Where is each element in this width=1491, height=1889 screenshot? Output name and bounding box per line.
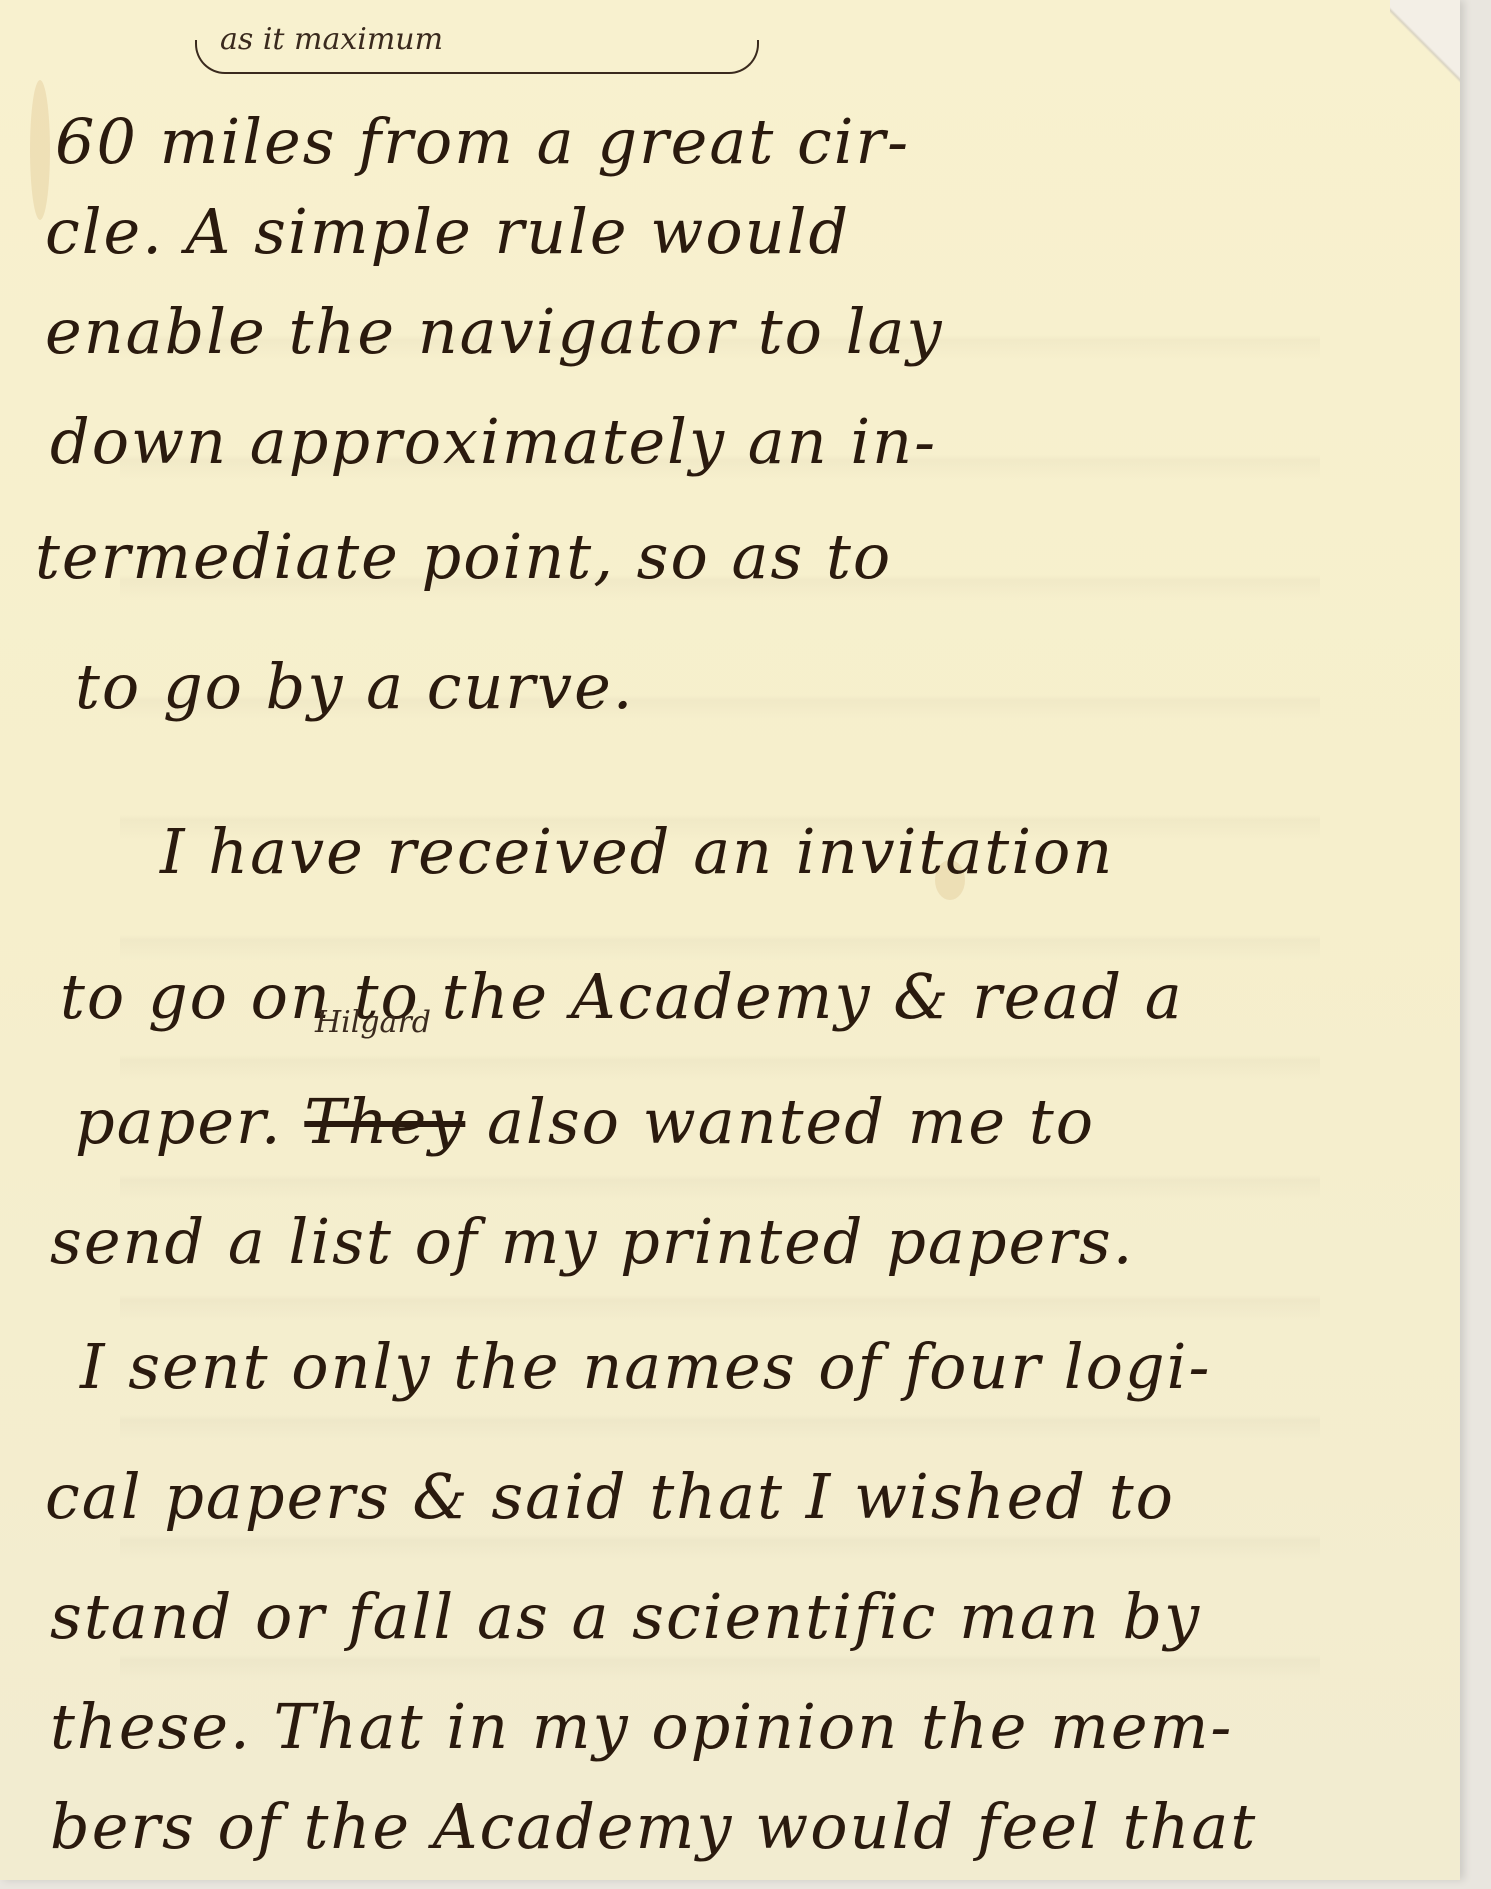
letter-line-6: to go by a curve. <box>75 650 635 723</box>
letter-line-11: I sent only the names of four logi- <box>80 1330 1211 1403</box>
letter-line-1: 60 miles from a great cir- <box>55 105 910 178</box>
letter-line-7: I have received an invitation <box>160 815 1114 888</box>
letter-line-2: cle. A simple rule would <box>45 195 850 268</box>
marginal-insertion: as it maximum <box>220 22 443 57</box>
letter-line-3: enable the navigator to lay <box>45 295 944 368</box>
letter-line-4: down approximately an in- <box>50 405 937 478</box>
letter-line-13: stand or fall as a scientific man by <box>50 1580 1201 1653</box>
letter-line-10: send a list of my printed papers. <box>50 1205 1134 1278</box>
line-9-end: also wanted me to <box>487 1085 1095 1158</box>
letter-page: as it maximum 60 miles from a great cir-… <box>0 0 1460 1880</box>
letter-line-9: paper. They also wanted me to <box>75 1085 1095 1158</box>
letter-line-14: these. That in my opinion the mem- <box>50 1690 1233 1763</box>
struck-out-word: They <box>304 1085 465 1158</box>
folded-page-corner <box>1390 0 1460 90</box>
letter-line-15: bers of the Academy would feel that <box>50 1790 1257 1863</box>
line-9-start: paper. <box>75 1085 283 1158</box>
letter-line-12: cal papers & said that I wished to <box>45 1460 1175 1533</box>
letter-line-5: termediate point, so as to <box>35 520 892 593</box>
interlinear-insertion: Hilgard <box>315 1005 431 1040</box>
letter-line-8: to go on to the Academy & read a <box>60 960 1184 1033</box>
